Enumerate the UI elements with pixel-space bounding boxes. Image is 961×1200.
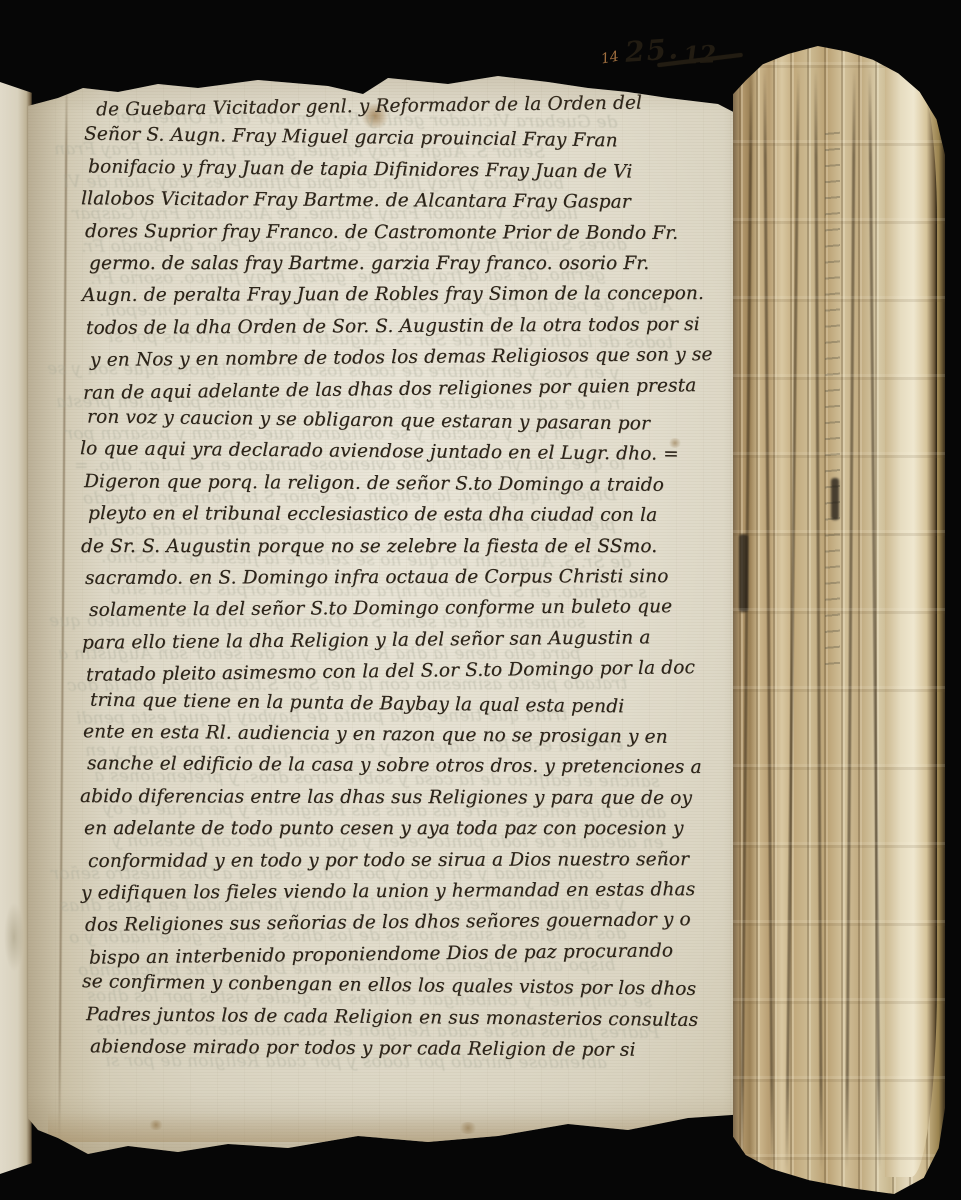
manuscript-line: sanche el edificio de la casa y sobre ot…: [87, 755, 702, 777]
show-through-script-on-edge: [825, 126, 840, 677]
manuscript-line: sacramdo. en S. Domingo infra octaua de …: [85, 568, 669, 588]
page-edges-stack: [733, 46, 945, 1194]
manuscript-line: conformidad y en todo y por todo se siru…: [88, 851, 689, 871]
folio-numbers: 14 25. 12: [595, 34, 745, 94]
photograph-background: de Guebara Vicitador genl. y Reformador …: [0, 0, 961, 1200]
manuscript-line: abiendose mirado por todos y por cada Re…: [90, 1038, 636, 1060]
folio-number-crossed-out: 12: [682, 39, 717, 70]
manuscript-line: dores Suprior fray Franco. de Castromont…: [85, 223, 678, 243]
manuscript-line: todos de la dha Orden de Sor. S. Augusti…: [86, 316, 700, 338]
page-edge-crevice: [845, 69, 856, 1171]
page-edge-crevice: [868, 69, 881, 1171]
manuscript-line: de Sr. S. Augustin porque no se zelebre …: [81, 538, 657, 557]
manuscript-line: y edifiquen los fieles viendo la union y…: [81, 881, 695, 903]
dark-blotch: [831, 478, 839, 520]
manuscript-line: Digeron que porq. la religon. de señor S…: [84, 473, 664, 495]
facing-page-edge: [0, 82, 32, 1174]
manuscript-page: de Guebara Vicitador genl. y Reformador …: [28, 58, 752, 1160]
folio-number-small: 14: [600, 49, 620, 68]
facing-page-smudge: [4, 902, 24, 972]
paper-freckle: [458, 1122, 478, 1134]
manuscript-line: llalobos Vicitador Fray Bartme. de Alcan…: [81, 190, 631, 212]
page-edge-crevice: [740, 69, 753, 1171]
page-edge-crevice: [785, 69, 800, 1171]
page-edge-crevice: [814, 69, 823, 1171]
manuscript-line: pleyto en el tribunal ecclesiastico de e…: [88, 505, 657, 525]
manuscript-line: en adelante de todo punto cesen y aya to…: [84, 820, 684, 839]
manuscript-line: solamente la del señor S.to Domingo conf…: [89, 599, 672, 621]
dark-blotch: [739, 534, 748, 612]
manuscript-line: abido diferencias entre las dhas sus Rel…: [80, 788, 692, 808]
outer-page-curl: [885, 63, 937, 1177]
manuscript-line: germo. de salas fray Bartme. garzia Fray…: [89, 255, 649, 274]
page-edge-crevice: [763, 69, 774, 1171]
manuscript-text: de Guebara Vicitador genl. y Reformador …: [85, 98, 695, 1108]
paper-freckle: [148, 1120, 164, 1130]
manuscript-line: Augn. de peralta Fray Juan de Robles fra…: [82, 285, 704, 305]
